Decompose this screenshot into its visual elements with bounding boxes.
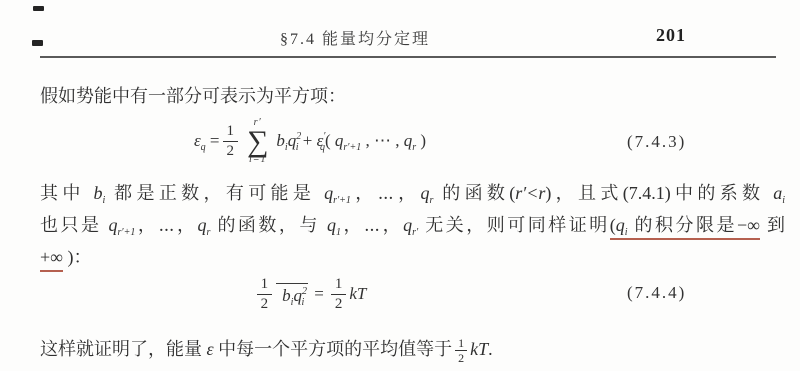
scanned-textbook-page: §7.4 能量均分定理 201 假如势能中有一部分可表示为平方项： εq = 1… bbox=[0, 0, 800, 371]
section-title: §7.4 能量均分定理 bbox=[0, 26, 710, 49]
equals-sign: = bbox=[314, 284, 324, 304]
scan-artifact bbox=[33, 6, 44, 11]
eq743-lhs: εq = bbox=[194, 131, 220, 151]
text-run: ε′q bbox=[317, 131, 325, 150]
text-run: r′<r bbox=[515, 183, 545, 203]
text-run: 假如势能中有一部分可表示为平方项： bbox=[40, 86, 346, 106]
fraction-numerator: 1 bbox=[331, 277, 347, 295]
text-run: qr′ bbox=[403, 215, 418, 235]
text-run: , ⋯ , bbox=[361, 131, 404, 150]
equation-744: 1 2 biq2i = 1 2 kT bbox=[0, 270, 620, 318]
text-run: qr bbox=[198, 215, 211, 235]
equation-number-743: (7.4.3) bbox=[627, 132, 686, 152]
text-run: 的函数( bbox=[433, 183, 515, 203]
equation-743: εq = 1 2 r′ ∑ i=1 biq2i + ε′q( qr′+1 , ⋯… bbox=[0, 110, 620, 172]
text-run: qr bbox=[404, 131, 416, 150]
text-run: = bbox=[206, 131, 220, 150]
fraction-one-half: 1 2 bbox=[223, 124, 239, 159]
text-run: 无关，则可同样证明 bbox=[418, 215, 610, 235]
text-run: 的函数，与 bbox=[210, 215, 327, 235]
text-run: + bbox=[298, 131, 316, 150]
paragraph-conclusion: 这样就证明了，能量 ε 中每一个平方项的平均值等于12kT. bbox=[40, 331, 785, 367]
text-run: . bbox=[488, 339, 493, 359]
paragraph-intro: 假如势能中有一部分可表示为平方项： bbox=[40, 84, 785, 108]
text-run: 到 bbox=[760, 215, 785, 235]
text-run: 其中 bbox=[40, 183, 94, 203]
text-run: bi bbox=[94, 183, 106, 203]
paragraph-coefficients-line2: 也只是 qr′+1，⋯，qr 的函数，与 q1，⋯，qr′ 无关，则可同样证明(… bbox=[40, 213, 785, 237]
text-run: bi bbox=[282, 286, 293, 305]
text-run: 都是正数，有可能是 bbox=[105, 183, 324, 203]
fraction-numerator: 1 bbox=[257, 277, 273, 295]
text-run: +∞ bbox=[40, 247, 63, 272]
text-run: ( bbox=[325, 131, 335, 150]
sigma-icon: ∑ bbox=[247, 128, 268, 155]
fraction-one-half: 1 2 bbox=[257, 277, 273, 312]
text-run: q2i bbox=[293, 286, 304, 305]
text-run: kT bbox=[349, 284, 366, 303]
fraction-denominator: 2 bbox=[335, 295, 343, 312]
text-run: 12 bbox=[455, 337, 467, 364]
text-run: ( bbox=[610, 215, 616, 240]
text-run: kT bbox=[470, 339, 488, 359]
text-run: q2i bbox=[288, 131, 299, 150]
text-run: ) bbox=[416, 131, 426, 150]
text-run: ai bbox=[773, 183, 785, 203]
eq743-rhs: biq2i + ε′q( qr′+1 , ⋯ , qr ) bbox=[276, 131, 426, 151]
sum-lower-limit: i=1 bbox=[249, 155, 267, 165]
text-run: 也只是 bbox=[40, 215, 109, 235]
text-run: ，⋯， bbox=[135, 215, 197, 235]
text-run: bi bbox=[276, 131, 287, 150]
header-rule bbox=[40, 56, 776, 58]
text-run: ，⋯， bbox=[341, 215, 403, 235]
text-run: qr bbox=[420, 183, 433, 203]
text-run: )，且式(7.4.1)中的系数 bbox=[545, 183, 773, 203]
text-run: qr′+1 bbox=[324, 183, 351, 203]
fraction-one-half: 1 2 bbox=[331, 277, 347, 312]
text-run: qi bbox=[616, 215, 628, 240]
text-run: ε bbox=[207, 339, 214, 359]
text-run: εq bbox=[194, 131, 206, 150]
text-run: qr′+1 bbox=[109, 215, 136, 235]
paragraph-coefficients-line1: 其中 bi 都是正数，有可能是 qr′+1，⋯，qr 的函数(r′<r)，且式(… bbox=[40, 181, 785, 205]
equation-number-744: (7.4.4) bbox=[627, 283, 686, 303]
page-number: 201 bbox=[656, 25, 686, 46]
text-run: qr′+1 bbox=[335, 131, 361, 150]
text-run: 的积分限是−∞ bbox=[628, 215, 760, 240]
eq744-kT: kT bbox=[349, 284, 366, 304]
text-run: 这样就证明了，能量 bbox=[40, 339, 207, 359]
paragraph-coefficients-line3: +∞ )： bbox=[40, 245, 785, 269]
summation-symbol: r′ ∑ i=1 bbox=[247, 118, 268, 165]
text-run: q1 bbox=[327, 215, 341, 235]
text-run: 中每一个平方项的平均值等于 bbox=[214, 339, 453, 359]
fraction-numerator: 1 bbox=[223, 124, 239, 142]
text-run: )： bbox=[63, 247, 92, 267]
mean-value-overline: biq2i bbox=[276, 283, 308, 306]
fraction-denominator: 2 bbox=[227, 142, 235, 159]
fraction-denominator: 2 bbox=[261, 295, 269, 312]
text-run: ，⋯， bbox=[351, 183, 421, 203]
